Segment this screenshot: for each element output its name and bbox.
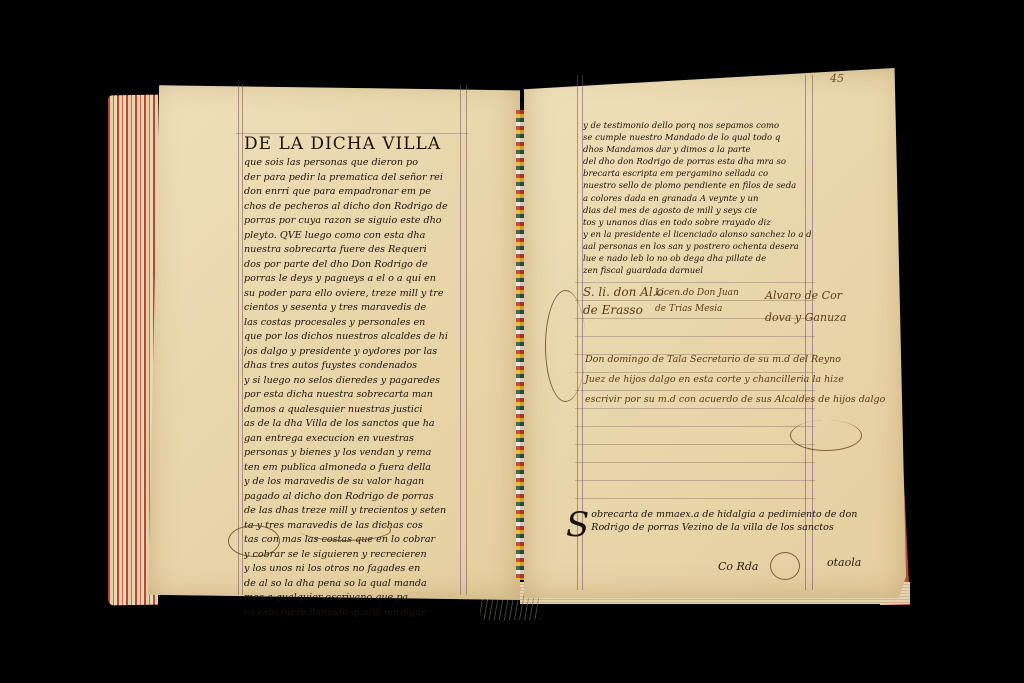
ruled-line	[575, 336, 815, 337]
signature-rubric	[228, 525, 280, 557]
text-line: chos de pecheros al dicho don Rodrigo de	[244, 200, 466, 215]
text-line: y cobrar se le siguieren y recrecieren	[244, 548, 466, 563]
text-line: der para pedir la prematica del señor re…	[244, 171, 466, 186]
ruled-line	[575, 426, 815, 427]
text-line: y los unos ni los otros no fagades en	[244, 562, 466, 577]
text-line: jos dalgo y presidente y oydores por las	[244, 345, 466, 360]
text-line: zen fiscal guardada darnuel	[583, 265, 811, 277]
text-line: que sois las personas que dieron po	[244, 156, 466, 171]
right-margin-rule	[466, 85, 467, 595]
text-line: as de la dha Villa de los sanctos que ha	[244, 417, 466, 432]
ruled-line	[575, 480, 815, 481]
text-line: las costas procesales y personales en	[244, 316, 466, 331]
ruled-line	[575, 498, 815, 499]
text-line: de las dhas treze mill y trecientos y se…	[244, 504, 466, 519]
endorsement-line: Rodrigo de porras Vezino de la villa de …	[566, 521, 832, 534]
text-line: nuestro sello de plomo pendiente en filo…	[583, 180, 811, 192]
open-manuscript-book: DE LA DICHA VILLA que sois las personas …	[0, 0, 1024, 683]
text-line: ra esto fuere llamado que la notifique	[244, 606, 466, 621]
text-line: pagado al dicho don Rodrigo de porras	[244, 490, 466, 505]
right-page-text: y de testimonio dello porq nos sepamos c…	[583, 120, 811, 277]
text-line: damos a qualesquier nuestras justici	[244, 403, 466, 418]
page-heading: DE LA DICHA VILLA	[244, 133, 466, 155]
text-line: ten em publica almoneda o fuera della	[244, 461, 466, 476]
text-line: don enrri que para empadronar em pe	[244, 185, 466, 200]
spine-binding-thread	[516, 110, 524, 580]
cursive-annotation: Don domingo de Tala Secretario de su m.d…	[585, 350, 885, 410]
left-margin-rule	[238, 85, 239, 595]
left-margin-rule	[242, 85, 243, 595]
signature-flourish	[300, 520, 391, 541]
signature-flourish	[790, 420, 862, 451]
clerk-name: otaola	[827, 556, 861, 569]
text-line: a colores dada en granada A veynte y un	[583, 193, 811, 205]
text-line: aal personas en los san y postrero ochen…	[583, 241, 811, 253]
text-line: dos por parte del dho Don Rodrigo de	[244, 258, 466, 273]
text-line: y de testimonio dello porq nos sepamos c…	[583, 120, 811, 132]
folio-number: 45	[830, 72, 844, 85]
text-line: dhos Mandamos dar y dimos a la parte	[583, 144, 811, 156]
signature-block-right: Alvaro de Cor dova y Ganuza	[765, 285, 847, 329]
bracket-flourish	[545, 290, 586, 402]
text-line: se cumple nuestro Mandado de lo qual tod…	[583, 132, 811, 144]
endorsement: S obrecarta de mmaex.a de hidalgia a ped…	[566, 508, 832, 542]
ruled-line	[575, 444, 815, 445]
text-line: porras le deys y pagueys a el o a qui en	[244, 272, 466, 287]
rubric-mark	[770, 552, 800, 580]
text-line: lue e nado leb lo no ob dega dha pillate…	[583, 253, 811, 265]
text-line: personas y bienes y los vendan y rema	[244, 446, 466, 461]
text-line: dias del mes de agosto de mill y seys ci…	[583, 205, 811, 217]
text-line: y si luego no selos dieredes y pagaredes	[244, 374, 466, 389]
signature-block-left: S. li. don Al.o de Erasso	[583, 283, 664, 319]
text-line: brecarta escripta em pergamino sellada c…	[583, 168, 811, 180]
signature-block-middle: Licen.do Don Juan de Trias Mesia	[655, 285, 739, 317]
endorsement-line: obrecarta de mmaex.a de hidalgia a pedim…	[566, 508, 832, 521]
text-line: y en la presidente el licenciado alonso …	[583, 229, 811, 241]
text-line: pleyto. QVE luego como con esta dha	[244, 229, 466, 244]
text-line: que por los dichos nuestros alcaldes de …	[244, 330, 466, 345]
text-line: nuestra sobrecarta fuere des Requeri	[244, 243, 466, 258]
ruled-line	[575, 462, 815, 463]
text-line: tos y unanos dias en todo sobre rrayado …	[583, 217, 811, 229]
text-line: dhas tres autos fuystes condenados	[244, 359, 466, 374]
text-line: porras por cuya razon se siguio este dho	[244, 214, 466, 229]
text-line: mos a qualquier escrivano que pa	[244, 591, 466, 606]
text-line: por esta dicha nuestra sobrecarta man	[244, 388, 466, 403]
text-line: de al so la dha pena so la qual manda	[244, 577, 466, 592]
text-line: y de los maravedis de su valor hagan	[244, 475, 466, 490]
text-line: cientos y sesenta y tres maravedis de	[244, 301, 466, 316]
registro-label: Co Rda	[718, 560, 758, 573]
text-line: gan entrega execucion en vuestras	[244, 432, 466, 447]
drop-cap: S	[566, 508, 589, 542]
text-line: del dho don Rodrigo de porras esta dha m…	[583, 156, 811, 168]
text-line: su poder para ello oviere, treze mill y …	[244, 287, 466, 302]
